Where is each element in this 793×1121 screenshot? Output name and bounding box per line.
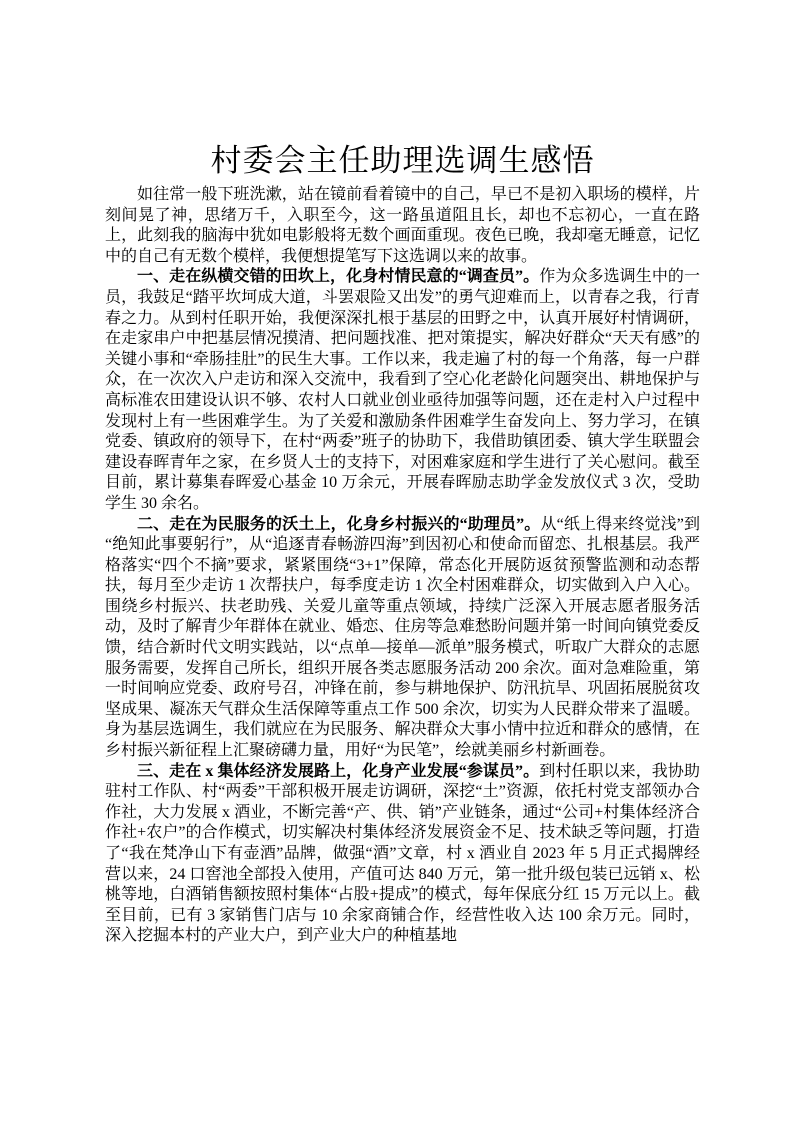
- paragraph-lead: 三、走在 x 集体经济发展路上，化身产业发展“参谋员”。: [137, 763, 539, 780]
- paragraph-section-2: 二、走在为民服务的沃土上，化身乡村振兴的“助理员”。从“纸上得来终觉浅”到“绝知…: [105, 515, 700, 762]
- paragraph-intro: 如往常一般下班洗漱，站在镜前看着镜中的自己，早已不是初入职场的模样，片刻间晃了神…: [105, 185, 700, 267]
- paragraph-body: 到村任职以来，我协助驻村工作队、村“两委”干部积极开展走访调研，深挖“土”资源，…: [105, 763, 700, 945]
- paragraph-section-3: 三、走在 x 集体经济发展路上，化身产业发展“参谋员”。到村任职以来，我协助驻村…: [105, 762, 700, 947]
- paragraph-lead: 二、走在为民服务的沃土上，化身乡村振兴的“助理员”。: [137, 516, 540, 533]
- document-page: 村委会主任助理选调生感悟 如往常一般下班洗漱，站在镜前看着镜中的自己，早已不是初…: [0, 0, 793, 1121]
- paragraph-body: 如往常一般下班洗漱，站在镜前看着镜中的自己，早已不是初入职场的模样，片刻间晃了神…: [105, 186, 700, 265]
- paragraph-lead: 一、走在纵横交错的田坎上，化身村情民意的“调查员”。: [137, 268, 539, 285]
- paragraph-section-1: 一、走在纵横交错的田坎上，化身村情民意的“调查员”。作为众多选调生中的一员，我鼓…: [105, 267, 700, 514]
- paragraph-body: 作为众多选调生中的一员，我鼓足“踏平坎坷成大道，斗罢艰险又出发”的勇气迎难而上，…: [105, 268, 700, 512]
- document-title: 村委会主任助理选调生感悟: [105, 140, 700, 181]
- paragraph-body: 从“纸上得来终觉浅”到“绝知此事要躬行”，从“追逐青春畅游四海”到因初心和使命而…: [105, 516, 700, 760]
